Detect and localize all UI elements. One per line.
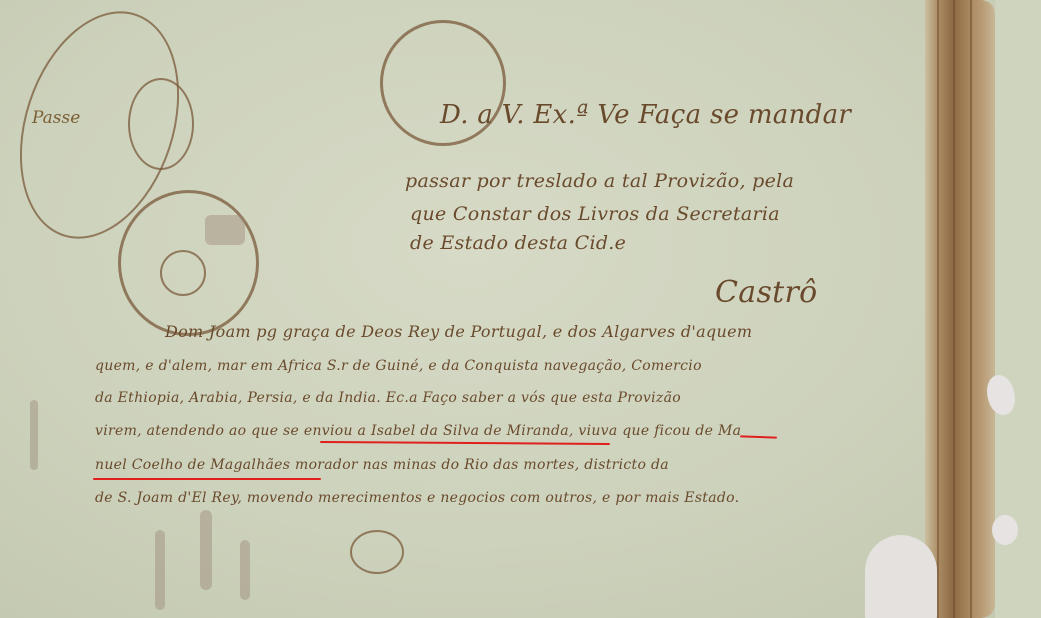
- underline-manuel-coelho: [93, 478, 321, 480]
- heading-line-3: que Constar dos Livros da Secretaria: [410, 203, 780, 225]
- ink-stain: [240, 540, 250, 600]
- signature: Castrô: [715, 275, 818, 310]
- ink-stain: [205, 215, 245, 245]
- margin-note: Passe: [32, 108, 80, 128]
- underline-isabel-da-silva: [320, 441, 610, 445]
- heading-line-1: D. a V. Ex.ª Ve Faça se mandar: [440, 100, 851, 130]
- ink-stain: [155, 530, 165, 610]
- body-line-4: virem, atendendo ao que se enviou a Isab…: [95, 423, 741, 439]
- body-line-2: quem, e d'alem, mar em Africa S.r de Gui…: [95, 358, 702, 374]
- paper-fragment: [865, 535, 937, 618]
- bottom-flourish: [350, 530, 404, 574]
- initial-d-inner-flourish: [160, 250, 206, 296]
- body-line-6: de S. Joam d'El Rey, movendo merecimento…: [95, 490, 739, 506]
- heading-line-2: passar por treslado a tal Provizão, pela: [405, 170, 794, 192]
- ink-stain: [200, 510, 212, 590]
- margin-flourish-small: [128, 78, 194, 170]
- body-line-1: Dom Joam pg graça de Deos Rey de Portuga…: [165, 322, 752, 341]
- damaged-binding-edge: [925, 0, 995, 618]
- heading-line-4: de Estado desta Cid.e: [410, 232, 626, 254]
- paper-tear: [992, 515, 1018, 545]
- body-line-5: nuel Coelho de Magalhães morador nas min…: [95, 457, 669, 473]
- manuscript-page: Passe D. a V. Ex.ª Ve Faça se mandar pas…: [0, 0, 1041, 618]
- ink-stain: [30, 400, 38, 470]
- body-line-3: da Ethiopia, Arabia, Persia, e da India.…: [95, 390, 681, 406]
- underline-ma: [740, 435, 777, 438]
